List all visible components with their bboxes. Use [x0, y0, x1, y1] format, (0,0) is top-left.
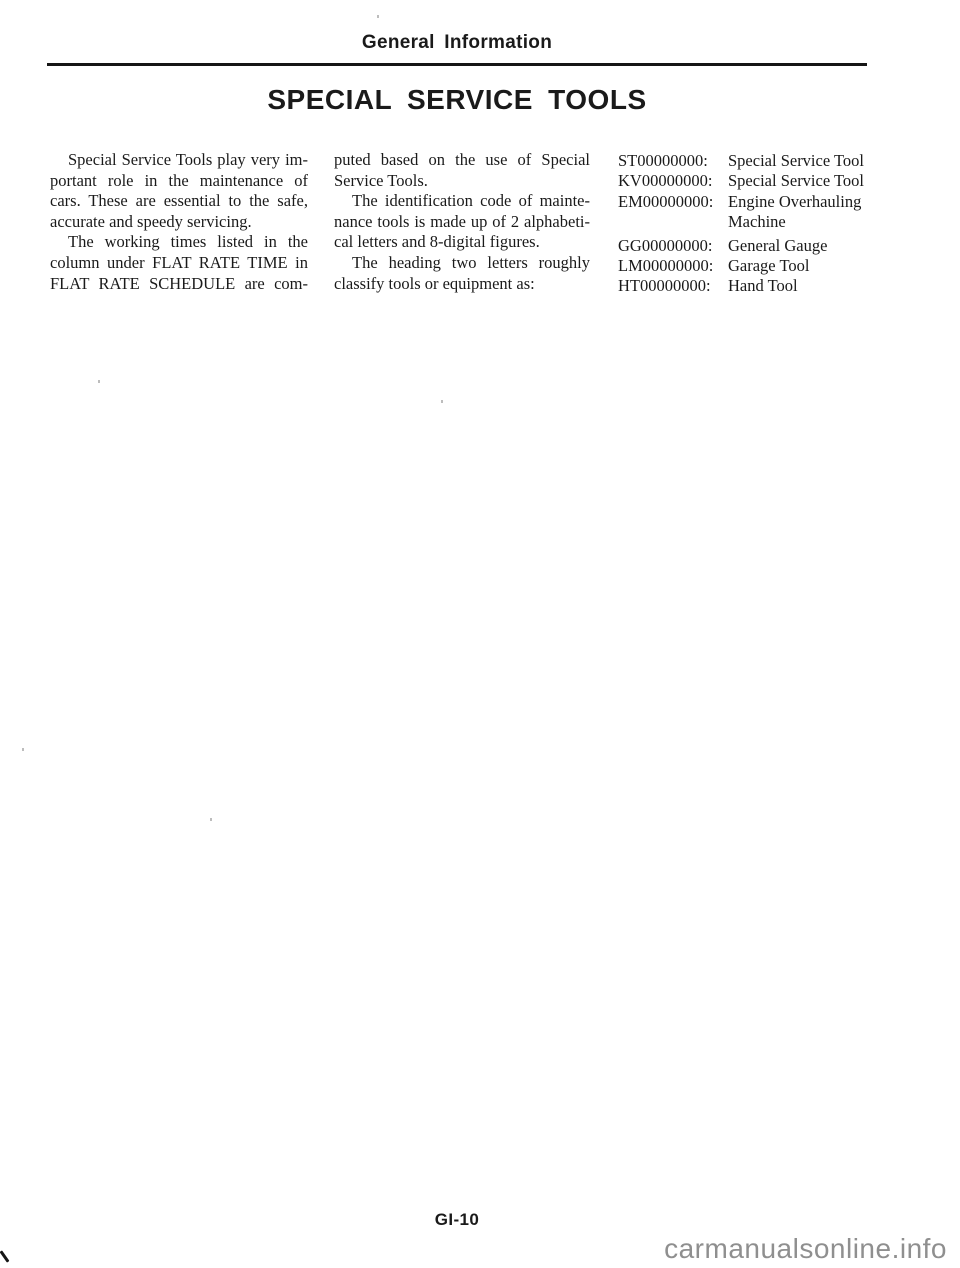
tool-code-row: HT00000000: Hand Tool — [618, 276, 870, 296]
tool-code-row: GG00000000: General Gauge — [618, 236, 870, 256]
text-line: The working times listed in the — [50, 232, 308, 253]
text-line: puted based on the use of Special — [334, 150, 590, 171]
text-line: nance tools is made up of 2 alphabeti- — [334, 212, 590, 233]
tool-code: HT00000000: — [618, 276, 728, 296]
text-line: cars. These are essential to the safe, — [50, 191, 308, 212]
tool-code-label: Hand Tool — [728, 276, 870, 296]
tool-code-row: Machine — [618, 212, 870, 232]
text-line: The heading two letters roughly — [334, 253, 590, 274]
scan-speck — [441, 400, 443, 403]
scan-speck — [210, 818, 212, 821]
tool-code-label: General Gauge — [728, 236, 870, 256]
text-line: Service Tools. — [334, 171, 590, 192]
page-number: GI-10 — [0, 1210, 914, 1230]
text-line: FLAT RATE SCHEDULE are com- — [50, 274, 308, 295]
scan-mark — [0, 1250, 9, 1262]
tool-code-label: Machine — [728, 212, 870, 232]
header-divider-rule — [47, 63, 867, 66]
scan-speck — [98, 380, 100, 383]
tool-code: ST00000000: — [618, 151, 728, 171]
tool-code-row: LM00000000: Garage Tool — [618, 256, 870, 276]
tool-codes-list: ST00000000: Special Service Tool KV00000… — [618, 151, 870, 297]
page-title: SPECIAL SERVICE TOOLS — [0, 84, 914, 116]
text-line: column under FLAT RATE TIME in — [50, 253, 308, 274]
tool-code-row: EM00000000: Engine Overhauling — [618, 192, 870, 212]
section-header: General Information — [0, 32, 914, 54]
tool-code: GG00000000: — [618, 236, 728, 256]
manual-page: General Information SPECIAL SERVICE TOOL… — [0, 0, 960, 1268]
text-line: The identification code of mainte- — [334, 191, 590, 212]
tool-code: EM00000000: — [618, 192, 728, 212]
tool-code-label: Special Service Tool — [728, 151, 870, 171]
tool-code: LM00000000: — [618, 256, 728, 276]
scan-speck — [377, 15, 379, 18]
tool-code-label: Engine Overhauling — [728, 192, 870, 212]
tool-code-label: Special Service Tool — [728, 171, 870, 191]
text-line: Special Service Tools play very im- — [50, 150, 308, 171]
tool-code-label: Garage Tool — [728, 256, 870, 276]
tool-code — [618, 212, 728, 232]
text-line: accurate and speedy servicing. — [50, 212, 308, 233]
tool-code-row: KV00000000: Special Service Tool — [618, 171, 870, 191]
tool-code: KV00000000: — [618, 171, 728, 191]
text-line: portant role in the maintenance of — [50, 171, 308, 192]
intro-column-2: puted based on the use of Special Servic… — [334, 150, 590, 294]
scan-speck — [22, 748, 24, 751]
intro-column-1: Special Service Tools play very im- port… — [50, 150, 308, 294]
watermark: carmanualsonline.info — [664, 1233, 947, 1265]
text-line: classify tools or equipment as: — [334, 274, 590, 295]
text-line: cal letters and 8-digital figures. — [334, 232, 590, 253]
tool-code-row: ST00000000: Special Service Tool — [618, 151, 870, 171]
